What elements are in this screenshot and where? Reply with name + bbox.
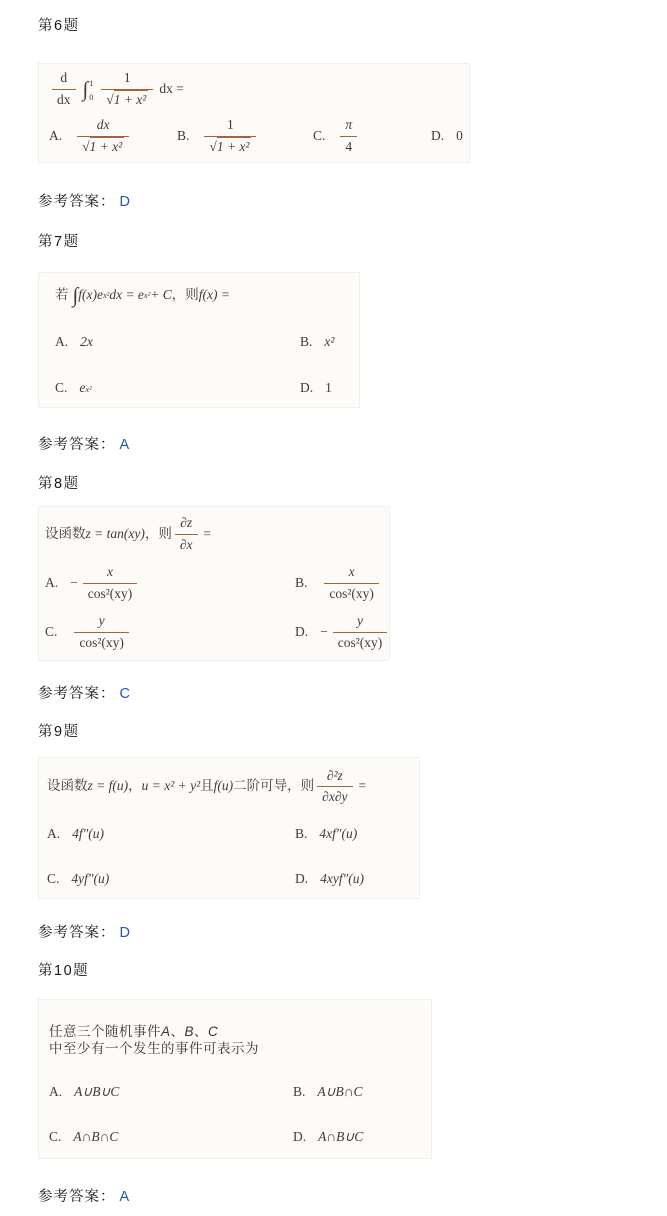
option-c: C.4yf″(u) — [47, 871, 295, 888]
minus-sign: − — [320, 624, 328, 641]
answer-prefix: 参考答案： — [38, 925, 116, 941]
stem-tail: dx = — [159, 81, 184, 98]
answer-letter: C — [120, 686, 131, 702]
option-text: A∩B∩C — [73, 1129, 118, 1146]
question-title: 第10题 — [38, 959, 643, 980]
answer-line: 参考答案：C — [38, 682, 643, 703]
option-text: 1 — [325, 380, 332, 397]
option-d: D.A∩B∪C — [293, 1129, 425, 1146]
sqrt-icon: √ — [106, 92, 113, 107]
answer-letter: A — [120, 1189, 131, 1205]
option-c: C.π4 — [313, 117, 431, 156]
options-grid: A.2x B.x² C.ex² D.1 — [55, 334, 353, 398]
question-scan-image: 设函数 z = tan(xy) ，则 ∂z∂x = A.−xcos²(xy) B… — [38, 506, 390, 660]
answer-line: 参考答案：D — [38, 921, 643, 942]
question-7: 第7题 若 ∫ f(x)ex² dx = ex² + C ，则 f(x) = A… — [38, 230, 643, 455]
answer-prefix: 参考答案： — [38, 194, 116, 210]
option-text: 4yf″(u) — [71, 871, 109, 888]
answer-prefix: 参考答案： — [38, 686, 116, 702]
integral-icon: ∫ — [83, 79, 89, 100]
lower-limit: 0 — [89, 94, 93, 102]
question-10: 第10题 任意三个随机事件 A 、 B 、 C 中至少有一个发生的事件可表示为 … — [38, 959, 643, 1206]
fraction-d-dx: ddx — [52, 70, 76, 109]
question-title: 第8题 — [38, 472, 643, 493]
options-grid: A.−xcos²(xy) B.xcos²(xy) C.ycos²(xy) D.−… — [45, 564, 385, 652]
option-a: A.4f″(u) — [47, 826, 295, 843]
option-d: D.0 — [431, 128, 463, 145]
question-6: 第6题 ddx ∫ 10 1√1 + x² dx = A.dx√1 + x² B… — [38, 14, 643, 211]
question-scan-image: 设函数 z = f(u) ， u = x² + y² 且 f(u) 二阶可导，则… — [38, 757, 420, 900]
question-scan-image: 任意三个随机事件 A 、 B 、 C 中至少有一个发生的事件可表示为 A.A∪B… — [38, 999, 432, 1159]
stem-text: 若 — [55, 287, 69, 304]
option-d: D.1 — [300, 380, 353, 397]
option-text: 4xf″(u) — [319, 826, 357, 843]
question-stem: 设函数 z = f(u) ， u = x² + y² 且 f(u) 二阶可导，则… — [47, 768, 415, 807]
answer-prefix: 参考答案： — [38, 437, 116, 453]
stem-text: 设函数 — [47, 778, 88, 795]
upper-limit: 1 — [89, 80, 93, 88]
option-b: B.4xf″(u) — [295, 826, 415, 843]
stem-text: 任意三个随机事件 — [49, 1024, 161, 1041]
question-scan-image: 若 ∫ f(x)ex² dx = ex² + C ，则 f(x) = A.2x … — [38, 272, 360, 409]
option-text: 4xyf″(u) — [320, 871, 364, 888]
option-text: A∪B∪C — [74, 1084, 119, 1101]
question-9: 第9题 设函数 z = f(u) ， u = x² + y² 且 f(u) 二阶… — [38, 720, 643, 943]
answer-line: 参考答案：A — [38, 1185, 643, 1206]
integral-limits: 10 — [89, 80, 93, 102]
option-c: C.ex² — [55, 380, 300, 397]
option-b: B.xcos²(xy) — [295, 564, 390, 603]
question-8: 第8题 设函数 z = tan(xy) ，则 ∂z∂x = A.−xcos²(x… — [38, 472, 643, 702]
option-a: A.dx√1 + x² — [49, 117, 177, 156]
option-text: 2x — [80, 334, 93, 351]
option-b: B.1√1 + x² — [177, 117, 313, 156]
option-b: B.A∪B∩C — [293, 1084, 425, 1101]
stem-text: 设函数 — [45, 526, 86, 543]
option-d: D.4xyf″(u) — [295, 871, 415, 888]
option-c: C.ycos²(xy) — [45, 613, 295, 652]
question-stem: 设函数 z = tan(xy) ，则 ∂z∂x = — [45, 515, 385, 554]
question-scan-image: ddx ∫ 10 1√1 + x² dx = A.dx√1 + x² B.1√1… — [38, 63, 470, 163]
minus-sign: − — [70, 575, 78, 592]
exam-document: 第6题 ddx ∫ 10 1√1 + x² dx = A.dx√1 + x² B… — [0, 0, 667, 1216]
partial-fraction: ∂z∂x — [175, 515, 198, 554]
option-a: A.A∪B∪C — [49, 1084, 293, 1101]
question-stem: 若 ∫ f(x)ex² dx = ex² + C ，则 f(x) = — [55, 285, 353, 306]
answer-line: 参考答案：D — [38, 190, 643, 211]
option-text: 0 — [456, 128, 463, 145]
option-b: B.x² — [300, 334, 353, 351]
answer-letter: A — [120, 437, 131, 453]
option-a: A.−xcos²(xy) — [45, 564, 295, 603]
answer-prefix: 参考答案： — [38, 1189, 116, 1205]
answer-letter: D — [120, 194, 131, 210]
question-stem: 任意三个随机事件 A 、 B 、 C 中至少有一个发生的事件可表示为 — [49, 1024, 425, 1058]
fraction-integrand: 1√1 + x² — [101, 70, 153, 109]
option-text: 4f″(u) — [72, 826, 104, 843]
sqrt-icon: √ — [209, 139, 216, 154]
question-stem: ddx ∫ 10 1√1 + x² dx = — [49, 70, 463, 109]
partial-fraction: ∂²z∂x∂y — [317, 768, 352, 807]
sqrt-icon: √ — [82, 139, 89, 154]
option-a: A.2x — [55, 334, 300, 351]
option-c: C.A∩B∩C — [49, 1129, 293, 1146]
answer-letter: D — [120, 925, 131, 941]
question-title: 第9题 — [38, 720, 643, 741]
option-text: A∩B∪C — [318, 1129, 363, 1146]
question-title: 第6题 — [38, 14, 643, 35]
option-text: x² — [324, 334, 334, 351]
options-grid: A.4f″(u) B.4xf″(u) C.4yf″(u) D.4xyf″(u) — [47, 826, 415, 888]
question-title: 第7题 — [38, 230, 643, 251]
answer-line: 参考答案：A — [38, 433, 643, 454]
options-row: A.dx√1 + x² B.1√1 + x² C.π4 D.0 — [49, 117, 463, 156]
options-grid: A.A∪B∪C B.A∪B∩C C.A∩B∩C D.A∩B∪C — [49, 1084, 425, 1146]
option-d: D.−ycos²(xy) — [295, 613, 390, 652]
option-text: A∪B∩C — [317, 1084, 362, 1101]
